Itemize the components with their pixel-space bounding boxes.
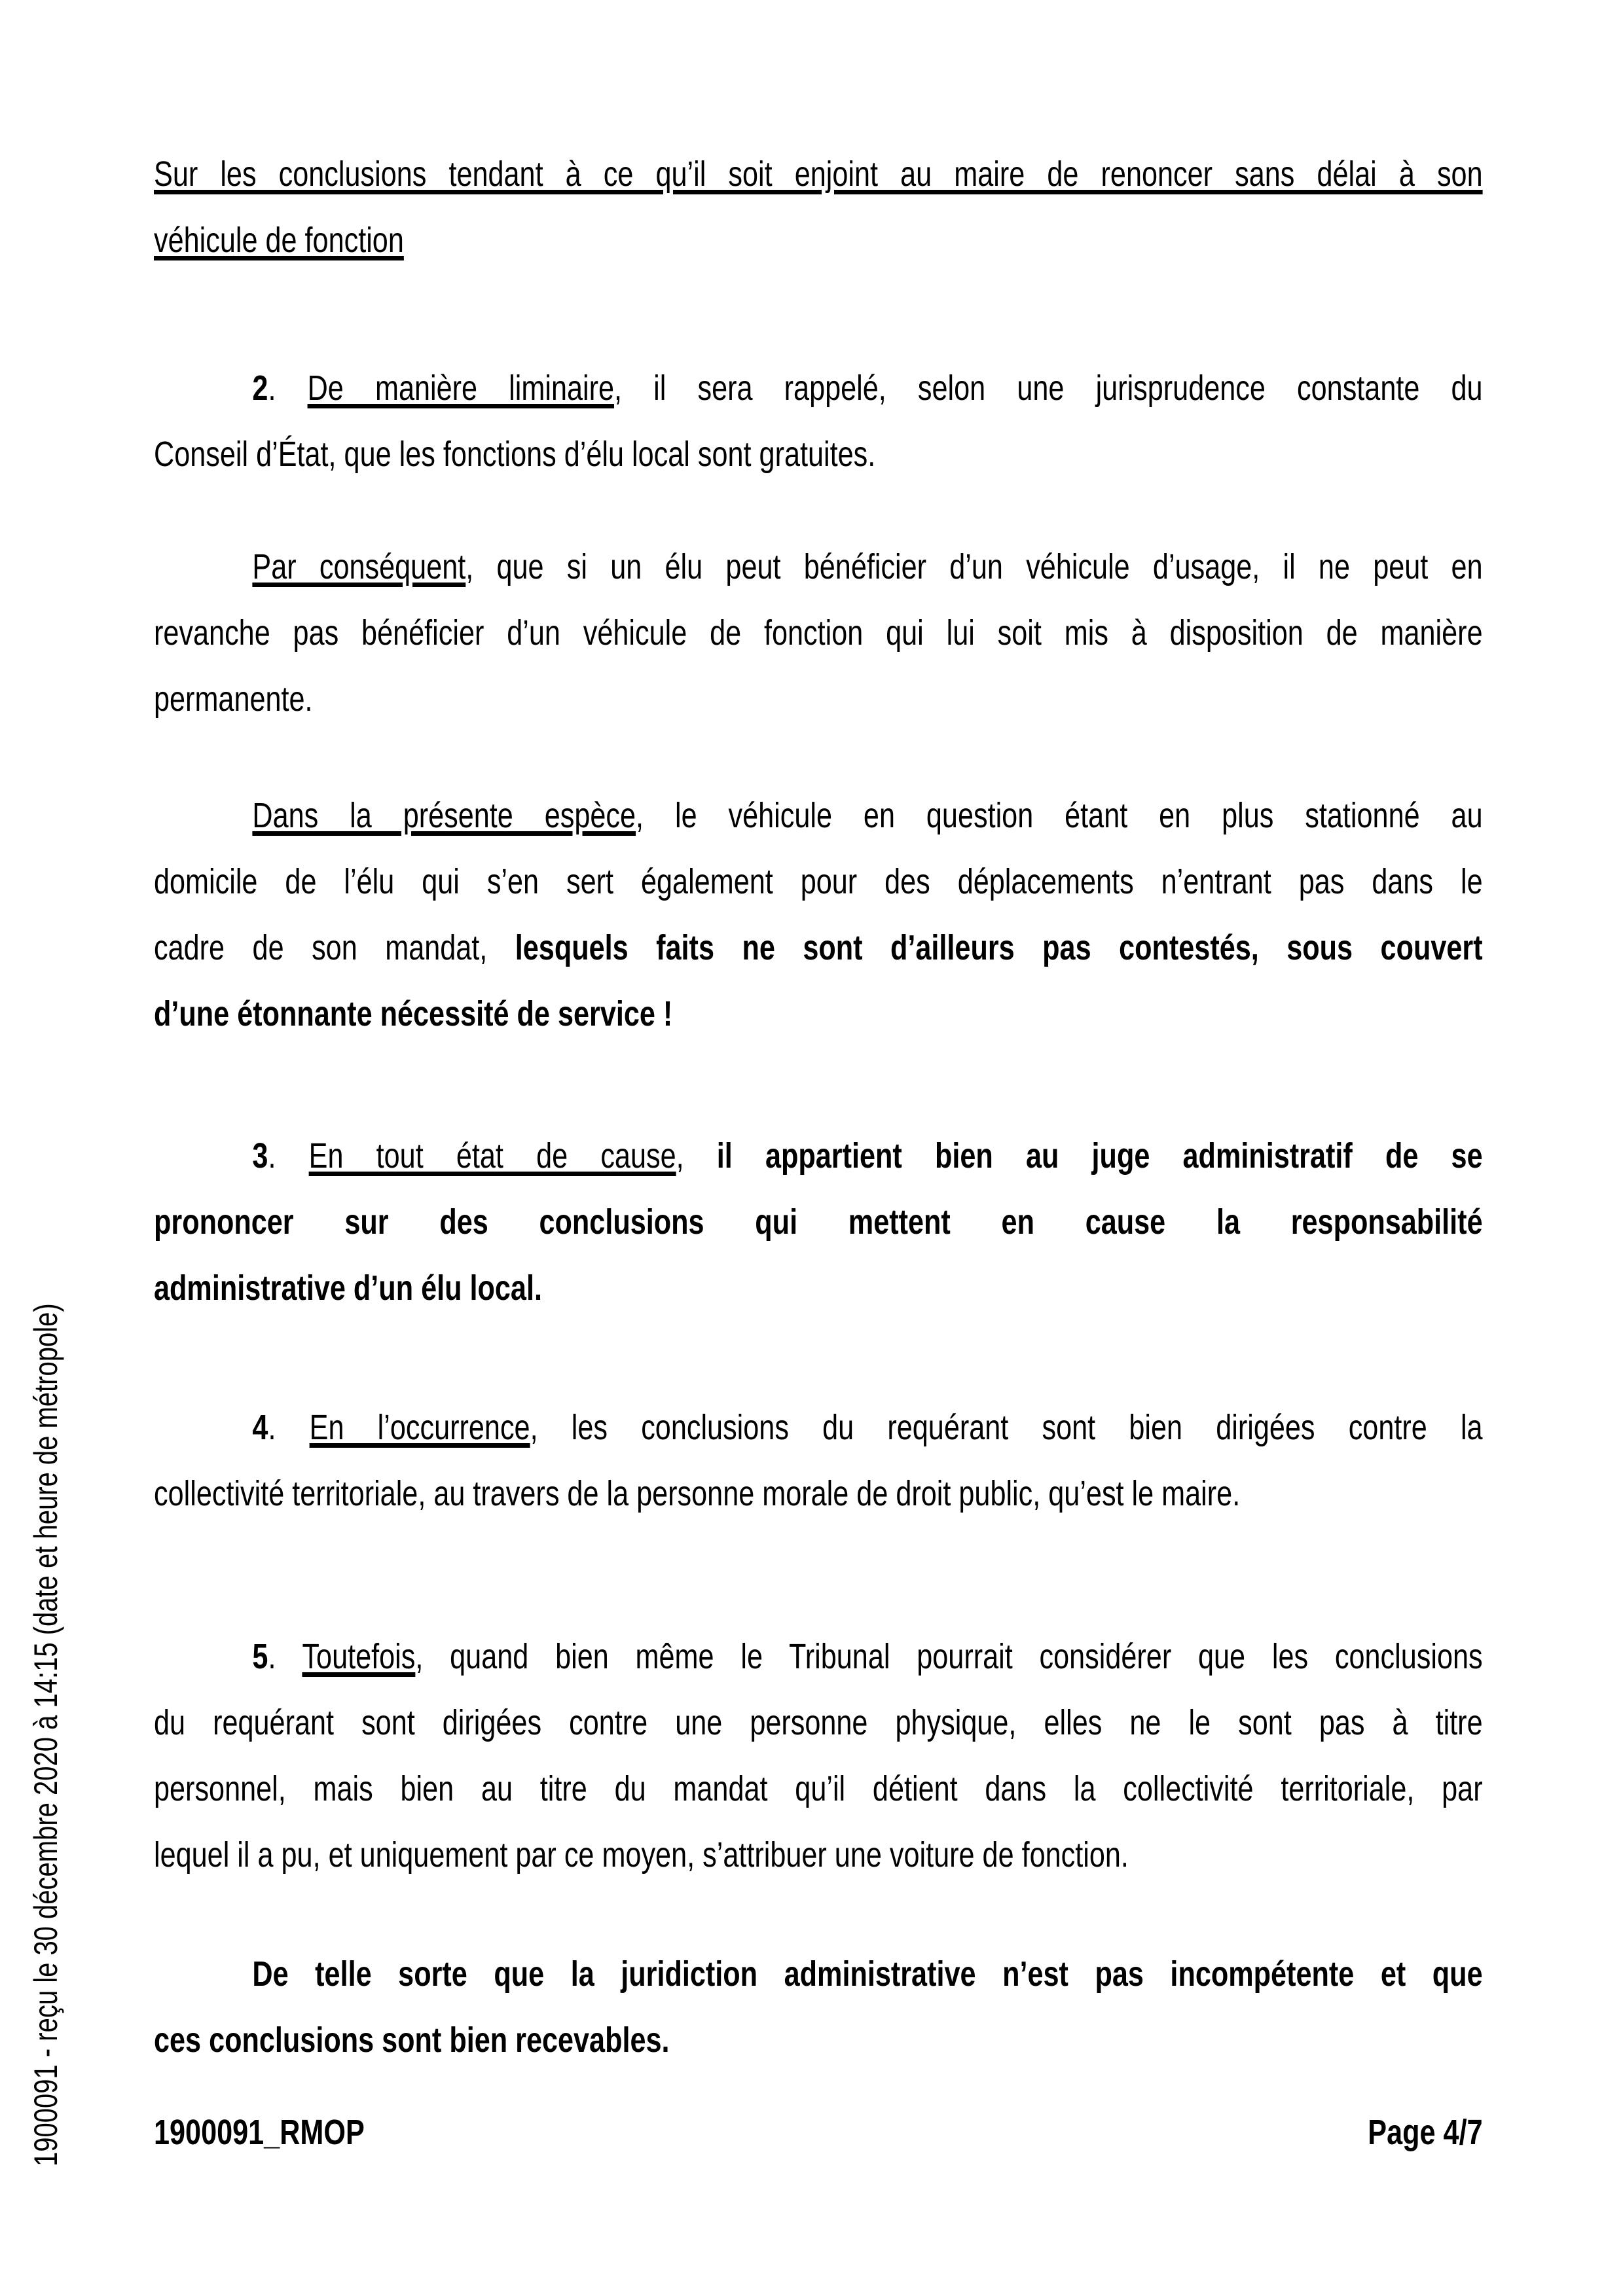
text-run: En l’occurrence xyxy=(310,1408,530,1447)
text-run: . xyxy=(268,368,307,408)
text-line: 3. En tout état de cause, il appartient … xyxy=(154,1123,1483,1189)
text-line: Conseil d’État, que les fonctions d’élu … xyxy=(154,422,1483,488)
text-run: il appartient bien au juge administratif… xyxy=(717,1136,1483,1175)
text-run: lequel il a pu, et uniquement par ce moy… xyxy=(154,1835,1129,1874)
text-line: personnel, mais bien au titre du mandat … xyxy=(154,1756,1483,1822)
text-run: collectivité territoriale, au travers de… xyxy=(154,1474,1240,1513)
text-run: , que si un élu peut bénéficier d’un véh… xyxy=(465,547,1482,586)
footer-reference: 1900091_RMOP xyxy=(154,2100,365,2166)
text-run: 3 xyxy=(252,1136,268,1175)
text-run: prononcer sur des conclusions qui metten… xyxy=(154,1202,1483,1242)
paragraph-4: 4. En l’occurrence, les conclusions du r… xyxy=(154,1395,1483,1527)
text-run: 2 xyxy=(252,368,268,408)
footer-page-number: Page 4/7 xyxy=(1368,2100,1482,2166)
text-line: prononcer sur des conclusions qui metten… xyxy=(154,1189,1483,1255)
text-line: Par conséquent, que si un élu peut bénéf… xyxy=(154,534,1483,600)
page-footer: 1900091_RMOP Page 4/7 xyxy=(154,2100,1483,2166)
text-run: permanente. xyxy=(154,679,313,719)
text-run: cadre de son mandat, xyxy=(154,928,515,967)
text-line: ces conclusions sont bien recevables. xyxy=(154,2007,1483,2073)
text-line: De telle sorte que la juridiction admini… xyxy=(154,1941,1483,2007)
text-line: 2. De manière liminaire, il sera rappelé… xyxy=(154,355,1483,422)
text-run: Conseil d’État, que les fonctions d’élu … xyxy=(154,435,875,474)
text-run: , il sera rappelé, selon une jurispruden… xyxy=(614,368,1483,408)
text-line: cadre de son mandat, lesquels faits ne s… xyxy=(154,915,1483,981)
text-run: De manière liminaire xyxy=(308,368,614,408)
text-run: De telle sorte que la juridiction admini… xyxy=(252,1954,1482,1994)
text-line: domicile de l’élu qui s’en sert égalemen… xyxy=(154,849,1483,915)
text-line: 4. En l’occurrence, les conclusions du r… xyxy=(154,1395,1483,1461)
text-line: Dans la présente espèce, le véhicule en … xyxy=(154,783,1483,849)
text-run: . xyxy=(268,1637,302,1676)
text-line: d’une étonnante nécessité de service ! xyxy=(154,981,1483,1047)
text-line: du requérant sont dirigées contre une pe… xyxy=(154,1690,1483,1756)
text-line: revanche pas bénéficier d’un véhicule de… xyxy=(154,600,1483,666)
text-run: , quand bien même le Tribunal pourrait c… xyxy=(415,1637,1482,1676)
text-run: Toutefois xyxy=(302,1637,415,1676)
text-run: Par conséquent xyxy=(252,547,465,586)
paragraph-3: 3. En tout état de cause, il appartient … xyxy=(154,1123,1483,1321)
paragraph-2: 2. De manière liminaire, il sera rappelé… xyxy=(154,355,1483,488)
text-line: administrative d’un élu local. xyxy=(154,1255,1483,1321)
text-run: administrative d’un élu local. xyxy=(154,1268,542,1308)
text-run: 4 xyxy=(252,1408,268,1447)
text-run: du requérant sont dirigées contre une pe… xyxy=(154,1703,1483,1742)
registry-stamp-vertical: 1900091 - reçu le 30 décembre 2020 à 14:… xyxy=(25,1303,67,2166)
text-run: , les conclusions du requérant sont bien… xyxy=(530,1408,1483,1447)
text-line: 5. Toutefois, quand bien même le Tribuna… xyxy=(154,1624,1483,1690)
text-run: , xyxy=(676,1136,717,1175)
document-body: Sur les conclusions tendant à ce qu’il s… xyxy=(154,141,1483,2073)
text-run: domicile de l’élu qui s’en sert égalemen… xyxy=(154,862,1483,901)
paragraph-presente-espece: Dans la présente espèce, le véhicule en … xyxy=(154,783,1483,1047)
section-heading: Sur les conclusions tendant à ce qu’il s… xyxy=(154,141,1483,274)
text-run: . xyxy=(268,1408,309,1447)
text-line: lequel il a pu, et uniquement par ce moy… xyxy=(154,1822,1483,1888)
text-line: véhicule de fonction xyxy=(154,207,1483,274)
paragraph-5: 5. Toutefois, quand bien même le Tribuna… xyxy=(154,1624,1483,1888)
text-run: lesquels faits ne sont d’ailleurs pas co… xyxy=(515,928,1483,967)
text-run: personnel, mais bien au titre du mandat … xyxy=(154,1769,1483,1808)
paragraph-par-consequent: Par conséquent, que si un élu peut bénéf… xyxy=(154,534,1483,732)
text-run: revanche pas bénéficier d’un véhicule de… xyxy=(154,613,1483,653)
text-line: collectivité territoriale, au travers de… xyxy=(154,1461,1483,1527)
text-run: , le véhicule en question étant en plus … xyxy=(636,796,1483,835)
text-run: ces conclusions sont bien recevables. xyxy=(154,2020,670,2060)
paragraph-conclusion: De telle sorte que la juridiction admini… xyxy=(154,1941,1483,2073)
text-run: 5 xyxy=(252,1637,268,1676)
text-run: Sur les conclusions tendant à ce qu’il s… xyxy=(154,154,1483,194)
text-run: En tout état de cause xyxy=(309,1136,676,1175)
text-run: Dans la présente espèce xyxy=(252,796,636,835)
text-run: . xyxy=(268,1136,308,1175)
document-page: 1900091 - reçu le 30 décembre 2020 à 14:… xyxy=(0,0,1623,2296)
text-run: véhicule de fonction xyxy=(154,221,404,260)
text-line: permanente. xyxy=(154,666,1483,732)
text-run: d’une étonnante nécessité de service ! xyxy=(154,994,672,1033)
text-line: Sur les conclusions tendant à ce qu’il s… xyxy=(154,141,1483,207)
document-content: Sur les conclusions tendant à ce qu’il s… xyxy=(154,141,1483,2166)
